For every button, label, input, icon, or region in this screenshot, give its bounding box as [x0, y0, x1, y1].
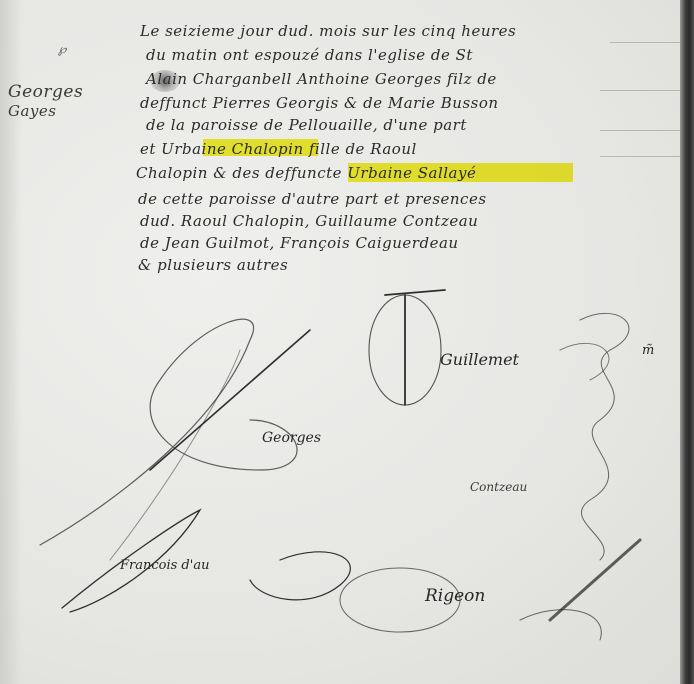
signature-francois-dau: Francois d'au	[120, 558, 209, 573]
signature-georges: Georges	[262, 430, 321, 446]
register-page: ℘ Georges Gayes Le seizieme jour dud. mo…	[0, 0, 694, 684]
signature-rigeon: Rigeon	[425, 586, 485, 606]
signature-contzeau: Contzeau	[470, 480, 527, 494]
signature-cure-mark: m̃	[642, 343, 654, 358]
signature-guillemet: Guillemet	[440, 350, 519, 369]
signature-flourishes	[0, 0, 694, 684]
